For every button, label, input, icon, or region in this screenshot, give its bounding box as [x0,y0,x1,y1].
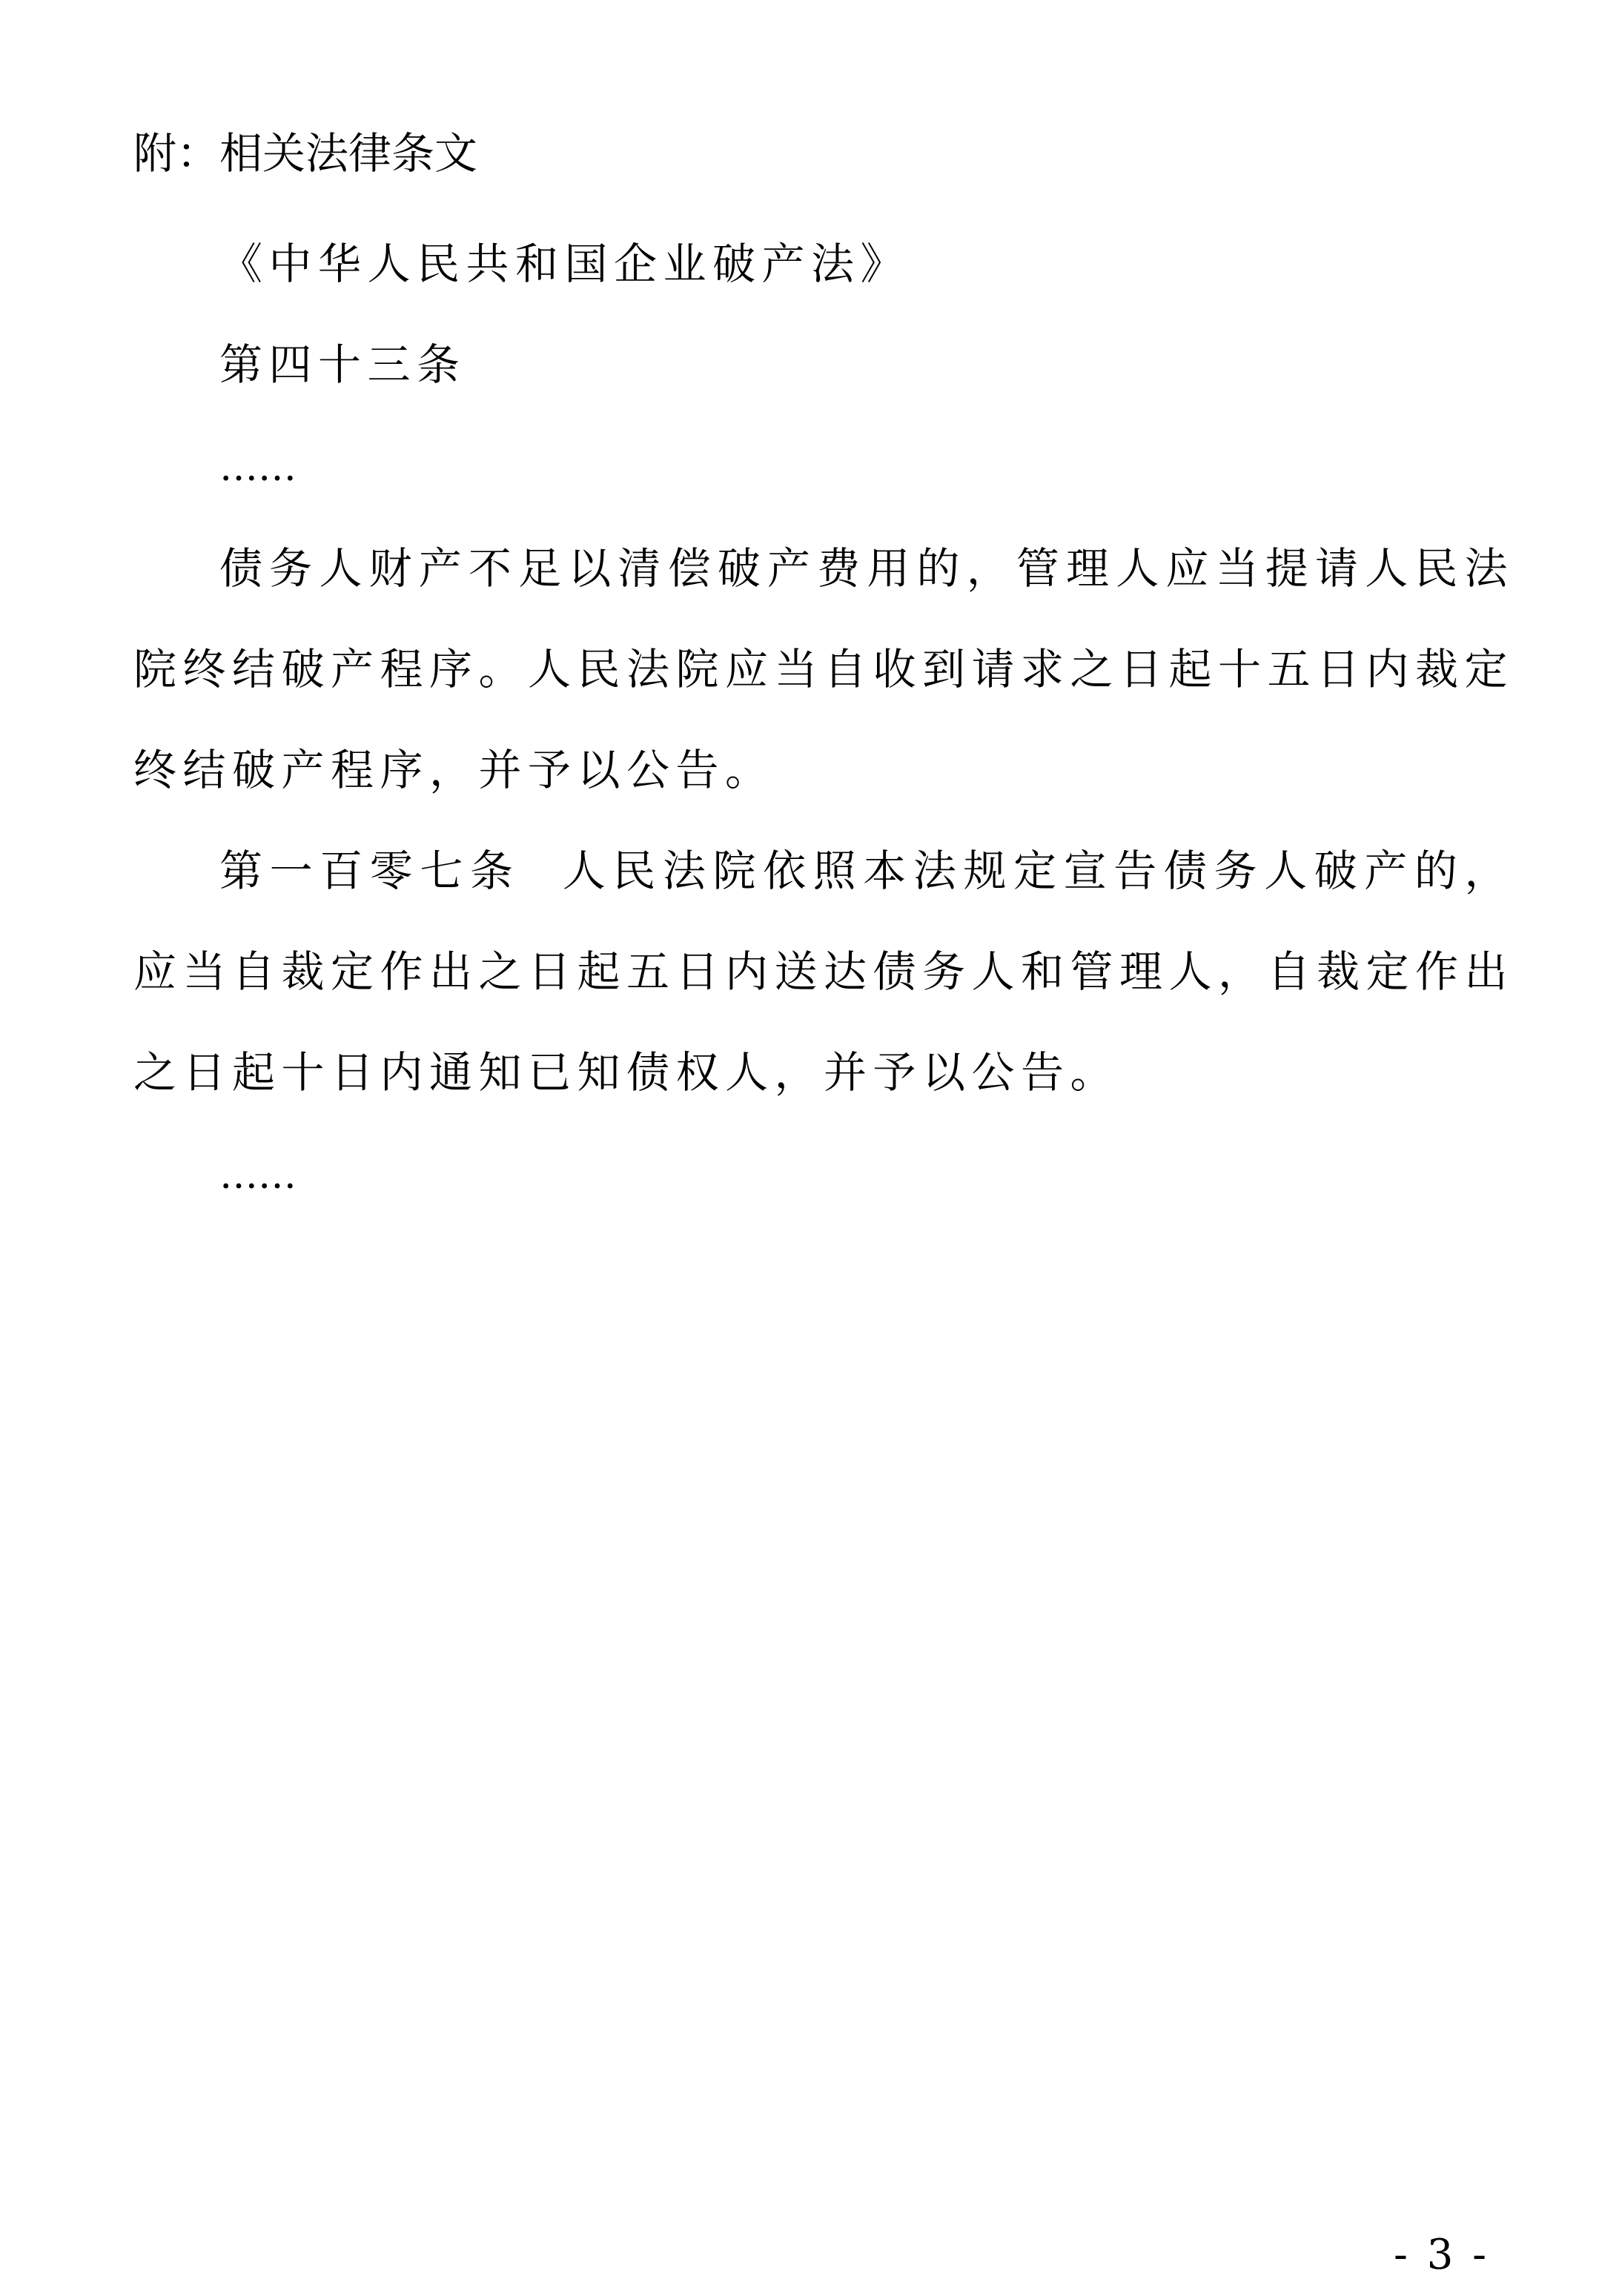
article-43-title: 第四十三条 [133,314,1514,415]
article-107: 第一百零七条人民法院依照本法规定宣告债务人破产的，应当自裁定作出之日起五日内送达… [133,820,1514,1123]
article-107-title: 第一百零七条 [219,846,520,896]
page-number: - 3 - [1394,2229,1489,2281]
document-page: 附：相关法律条文 《中华人民共和国企业破产法》 第四十三条 …… 债务人财产不足… [0,0,1622,2296]
document-body: 《中华人民共和国企业破产法》 第四十三条 …… 债务人财产不足以清偿破产费用的，… [133,213,1514,1226]
ellipsis-text: …… [219,445,297,490]
article-43-text: 债务人财产不足以清偿破产费用的，管理人应当提请人民法院终结破产程序。人民法院应当… [133,518,1514,820]
law-title: 《中华人民共和国企业破产法》 [133,213,1514,314]
ellipsis-before: …… [133,415,1514,518]
appendix-heading: 附：相关法律条文 [133,127,477,179]
ellipsis-after: …… [133,1123,1514,1226]
ellipsis-text: …… [219,1153,297,1198]
